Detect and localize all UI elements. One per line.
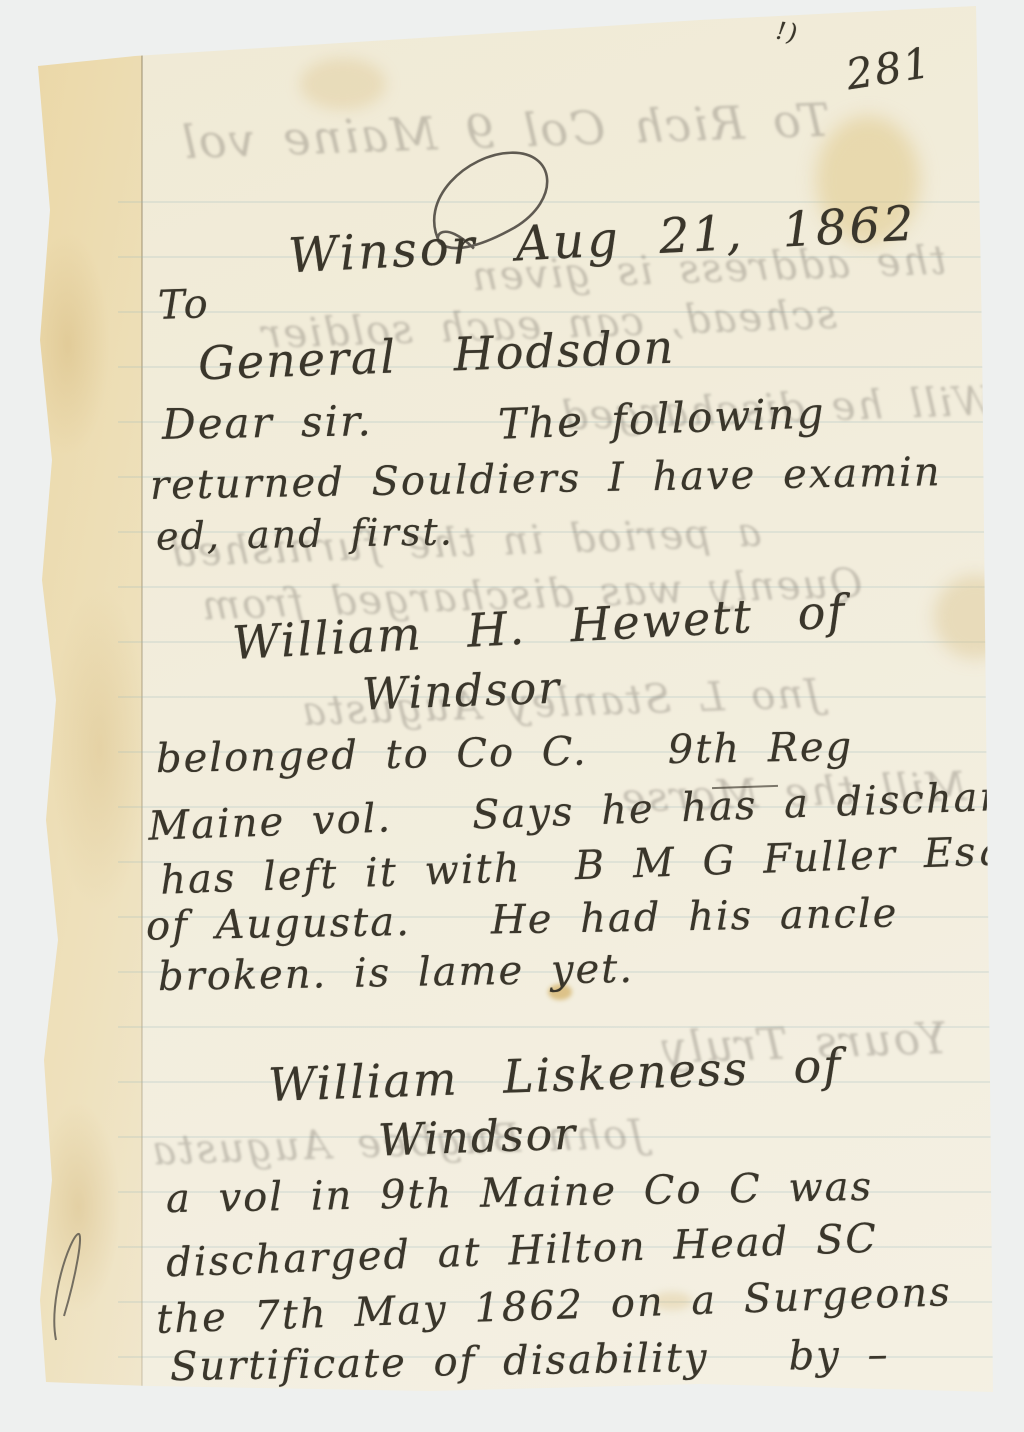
margin-pen-mark — [48, 1228, 94, 1344]
body-line: ed, and first. — [156, 509, 454, 558]
greeting: Dear sir. — [162, 396, 374, 449]
soldier-town-heading: Windsor — [377, 1109, 578, 1167]
page-number: 281 — [843, 38, 936, 100]
corner-ink-mark: !) — [774, 17, 801, 48]
stain — [300, 58, 386, 110]
paper-sheet: To Rich Col 9 Maine vol the address is g… — [0, 0, 1024, 1432]
soldier-town-heading: Windsor — [361, 663, 562, 721]
letter-scan: To Rich Col 9 Maine vol the address is g… — [0, 0, 1024, 1432]
body-line: broken. is lame yet. — [158, 946, 635, 1000]
salutation-to: To — [157, 281, 210, 329]
